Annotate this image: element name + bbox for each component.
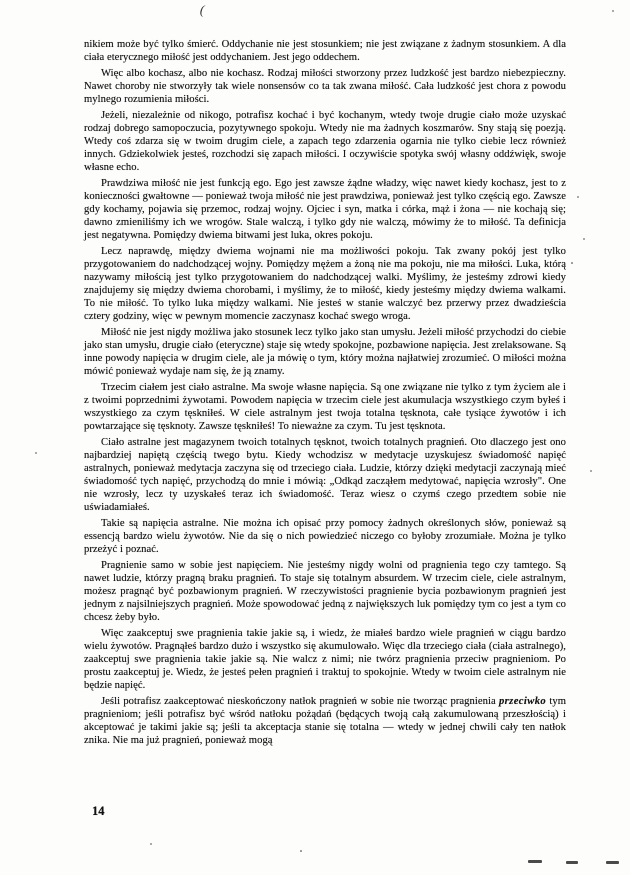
paragraph: Lecz naprawdę, między dwiema wojnami nie… <box>84 245 566 323</box>
paragraph-text: Jeśli potrafisz zaakceptować nieskończon… <box>101 696 499 707</box>
paragraph: Prawdziwa miłość nie jest funkcją ego. E… <box>84 177 566 242</box>
scan-speck <box>583 238 585 240</box>
paragraph: Miłość nie jest nigdy możliwa jako stosu… <box>84 326 566 378</box>
book-page: ( nikiem może być tylko śmierć. Oddychan… <box>0 0 630 875</box>
paragraph: Ciało astralne jest magazynem twoich tot… <box>84 436 566 514</box>
paragraph: nikiem może być tylko śmierć. Oddychanie… <box>84 38 566 64</box>
paragraph: Jeżeli, niezależnie od nikogo, potrafisz… <box>84 109 566 174</box>
scan-speck <box>35 452 37 454</box>
scan-speck <box>590 470 592 472</box>
scan-speck <box>577 196 579 198</box>
paragraph: Trzecim ciałem jest ciało astralne. Ma s… <box>84 381 566 433</box>
scan-speck <box>150 843 152 845</box>
paragraph: Pragnienie samo w sobie jest napięciem. … <box>84 559 566 624</box>
paragraph: Takie są napięcia astralne. Nie można ic… <box>84 517 566 556</box>
text-column: nikiem może być tylko śmierć. Oddychanie… <box>84 38 566 750</box>
paragraph: Więc albo kochasz, albo nie kochasz. Rod… <box>84 67 566 106</box>
scan-smudge <box>528 860 542 863</box>
scan-speck <box>571 262 573 264</box>
scan-speck <box>612 10 614 12</box>
page-number: 14 <box>92 804 105 819</box>
paragraph: Więc zaakceptuj swe pragnienia takie jak… <box>84 627 566 692</box>
scan-smudge <box>606 861 619 864</box>
scan-smudge <box>566 861 578 864</box>
italic-word: przeciwko <box>499 696 546 707</box>
scan-artifact-mark: ( <box>199 2 204 18</box>
scan-speck <box>300 850 302 852</box>
paragraph: Jeśli potrafisz zaakceptować nieskończon… <box>84 695 566 747</box>
